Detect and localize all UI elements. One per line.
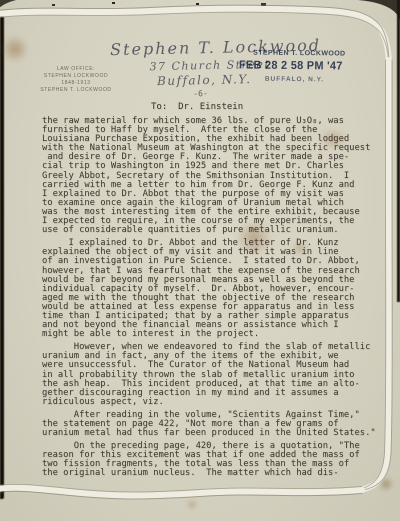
stamp-date: FEB 28 2 58 PM '47 bbox=[239, 59, 343, 72]
paragraph: the raw material for which some 36 lbs. … bbox=[42, 117, 384, 235]
letter-photo: LAW OFFICE: STEPHEN LOCKWOOD 1848-1913 S… bbox=[0, 0, 400, 521]
paragraph: However, when we endeavored to find the … bbox=[42, 343, 384, 407]
stamp-city: BUFFALO, N.Y. bbox=[265, 76, 348, 84]
paper-specks bbox=[112, 2, 115, 4]
backdrop-edge-left bbox=[0, 16, 4, 499]
paragraph: On the preceding page, 420, there is a q… bbox=[42, 442, 384, 478]
paragraph: After reading in the volume, "Scientits … bbox=[42, 411, 384, 438]
stain bbox=[2, 34, 28, 64]
stain bbox=[186, 500, 198, 509]
letter-body: the raw material for which some 36 lbs. … bbox=[42, 117, 384, 483]
stamp-name: STEPHEN T. LOCKWOOD bbox=[253, 50, 348, 58]
salutation: To: Dr. Einstein bbox=[151, 102, 243, 112]
paragraph: I explained to Dr. Abbot and the letter … bbox=[42, 239, 384, 339]
received-stamp: STEPHEN T. LOCKWOOD FEB 28 2 58 PM '47 B… bbox=[239, 49, 348, 83]
